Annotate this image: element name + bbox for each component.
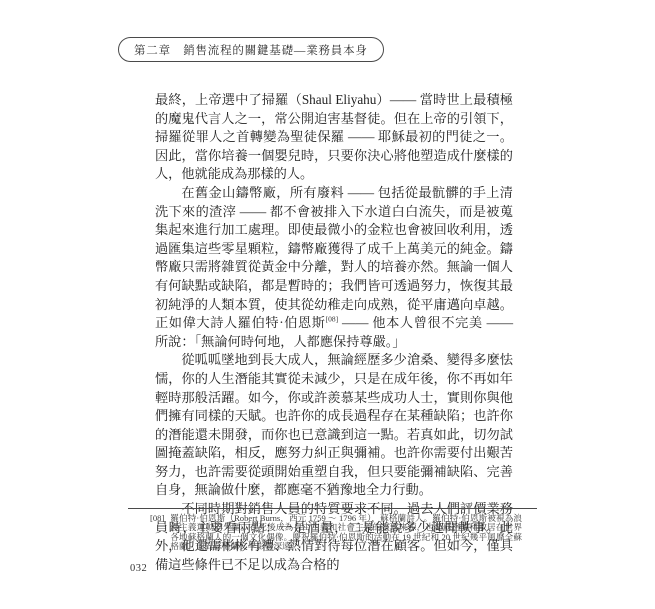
chapter-header: 第二章 銷售流程的關鍵基礎—業務員本身 <box>118 37 384 62</box>
body-paragraph: 最終，上帝選中了掃羅（Shaul Eliyahu）—— 當時世上最積極的魔鬼代言… <box>155 91 513 184</box>
footnote-text: 羅伯特·伯恩斯（Robert Burns，西元 1759 ～ 1796 年），蘇… <box>170 514 522 552</box>
paragraph-text: 在舊金山鑄幣廠，所有廢料 —— 包括從最骯髒的手上清洗下來的渣滓 —— 都不會被… <box>155 185 513 330</box>
body-paragraph: 從呱呱墜地到長大成人，無論經歷多少滄桑、變得多麼怯懦，你的人生潛能其實從未減少，… <box>155 351 513 500</box>
footnote-divider <box>128 508 537 509</box>
body-paragraph: 在舊金山鑄幣廠，所有廢料 —— 包括從最骯髒的手上清洗下來的渣滓 —— 都不會被… <box>155 184 513 351</box>
footnote-marker: [08] <box>326 315 339 324</box>
book-page: 第二章 銷售流程的關鍵基礎—業務員本身 最終，上帝選中了掃羅（Shaul Eli… <box>0 0 655 609</box>
body-text: 最終，上帝選中了掃羅（Shaul Eliyahu）—— 當時世上最積極的魔鬼代言… <box>155 91 513 574</box>
footnote: [08]羅伯特·伯恩斯（Robert Burns，西元 1759 ～ 1796 … <box>150 514 522 552</box>
page-number: 032 <box>130 563 147 574</box>
paragraph-text: 最終，上帝選中了掃羅（Shaul Eliyahu）—— 當時世上最積極的魔鬼代言… <box>155 92 513 181</box>
footnote-section: [08]羅伯特·伯恩斯（Robert Burns，西元 1759 ～ 1796 … <box>150 514 522 552</box>
chapter-header-label: 第二章 銷售流程的關鍵基礎—業務員本身 <box>134 42 368 58</box>
footnote-marker-label: [08] <box>150 514 164 523</box>
paragraph-text: 從呱呱墜地到長大成人，無論經歷多少滄桑、變得多麼怯懦，你的人生潛能其實從未減少，… <box>155 352 513 497</box>
